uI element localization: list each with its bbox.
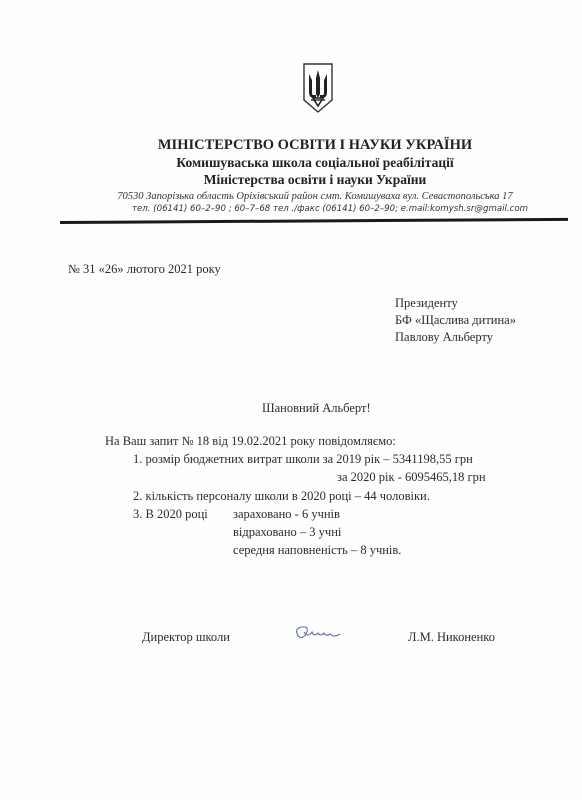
school-contacts: тел. (06141) 60–2–90 ; 60–7–68 тел ./фак… (100, 204, 560, 214)
salutation: Шановний Альберт! (262, 401, 371, 416)
trident-coat-of-arms-icon (302, 62, 334, 114)
signatory-name: Л.М. Никоненко (408, 630, 495, 645)
school-name: Комишуваська школа соціальної реабілітац… (80, 155, 550, 171)
signatory-title: Директор школи (142, 630, 230, 645)
body-item-3-expelled: відраховано – 3 учні (233, 525, 341, 540)
body-item-1-continued: за 2020 рік - 6095465,18 грн (337, 470, 486, 485)
recipient-line-2: БФ «Щаслива дитина» (395, 313, 516, 328)
recipient-line-1: Президенту (395, 296, 458, 311)
body-item-2: 2. кількість персоналу школи в 2020 році… (133, 489, 430, 504)
recipient-line-3: Павлову Альберту (395, 330, 493, 345)
reference-number: № 31 «26» лютого 2021 року (68, 262, 221, 277)
body-intro: На Ваш запит № 18 від 19.02.2021 року по… (105, 434, 396, 449)
letter-page: МІНІСТЕРСТВО ОСВІТИ І НАУКИ УКРАЇНИ Коми… (0, 0, 582, 800)
body-item-3-average: середня наповненість – 8 учнів. (233, 543, 401, 558)
letterhead-divider (60, 218, 568, 224)
body-item-3-label: 3. В 2020 році (133, 507, 208, 522)
school-ministry: Міністерства освіти і науки України (80, 172, 550, 188)
school-address: 70530 Запорізька область Оріхівський рай… (80, 191, 550, 202)
body-item-1: 1. розмір бюджетних витрат школи за 2019… (133, 452, 473, 467)
handwritten-signature-icon (292, 622, 352, 646)
ministry-title: МІНІСТЕРСТВО ОСВІТИ І НАУКИ УКРАЇНИ (80, 137, 550, 154)
body-item-3-enrolled: зараховано - 6 учнів (233, 507, 340, 522)
